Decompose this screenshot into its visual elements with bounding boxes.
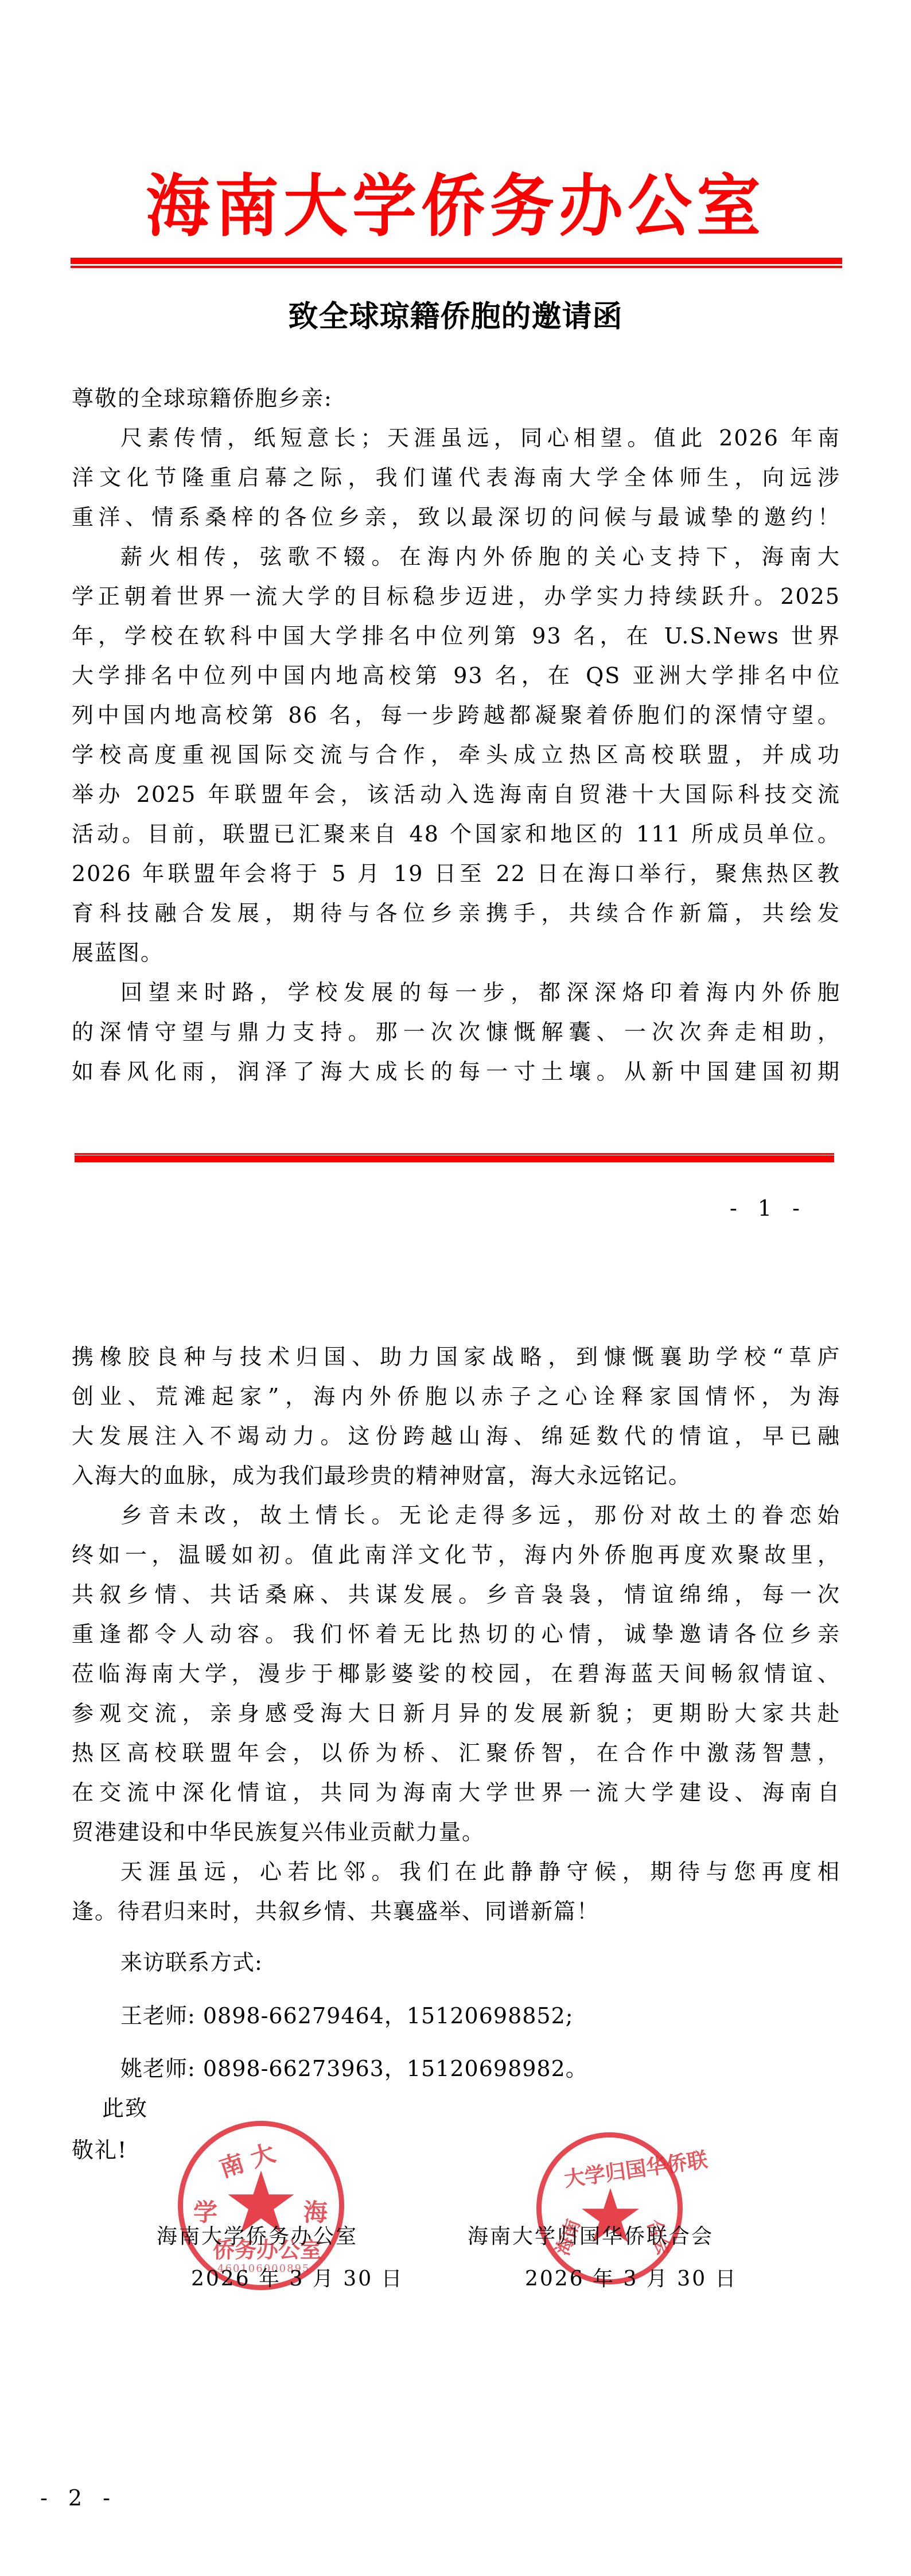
text-line: 莅临海南大学，漫步于椰影婆娑的校园，在碧海蓝天间畅叙情谊、 xyxy=(72,1654,840,1694)
text-line: 入海大的血脉，成为我们最珍贵的精神财富，海大永远铭记。 xyxy=(72,1456,840,1496)
letterhead-rule-thin xyxy=(71,266,842,268)
text-line: 年，学校在软科中国大学排名中位列第 93 名，在 U.S.News 世界 xyxy=(72,616,840,656)
salutation: 尊敬的全球琼籍侨胞乡亲: xyxy=(72,379,840,418)
text-line: 乡音未改，故土情长。无论走得多远，那份对故土的眷恋始 xyxy=(72,1496,840,1535)
closing-line-1: 此致 xyxy=(102,2090,148,2122)
page2-body: 携橡胶良种与技术归国、助力国家战略，到慷慨襄助学校“草庐 创业、荒滩起家”，海内… xyxy=(72,1337,840,1931)
page1-body: 尺素传情，纸短意长；天涯虽远，同心相望。值此 2026 年南 洋文化节隆重启幕之… xyxy=(72,418,840,1092)
text-line: 大发展注入不竭动力。这份跨越山海、绵延数代的情谊，早已融 xyxy=(72,1417,840,1456)
footer-rule-thin xyxy=(75,1153,834,1155)
document-title: 致全球琼籍侨胞的邀请函 xyxy=(0,300,911,334)
signature-org-2: 海南大学归国华侨联合会 xyxy=(468,2220,714,2249)
closing-line-2: 敬礼! xyxy=(72,2132,127,2164)
text-line: 活动。目前，联盟已汇聚来自 48 个国家和地区的 111 所成员单位。 xyxy=(72,814,840,854)
text-line: 终如一，温暖如初。值此南洋文化节，海内外侨胞再度欢聚故里， xyxy=(72,1535,840,1575)
page-number-2: - 2 - xyxy=(40,2485,117,2511)
text-line: 逢。待君归来时，共叙乡情、共襄盛举、同谱新篇！ xyxy=(72,1892,840,1931)
text-line: 尺素传情，纸短意长；天涯虽远，同心相望。值此 2026 年南 xyxy=(72,418,840,458)
text-line: 参观交流，亲身感受海大日新月异的发展新貌；更期盼大家共赴 xyxy=(72,1694,840,1733)
letterhead-rule-thick xyxy=(71,258,842,264)
text-line: 薪火相传，弦歌不辍。在海内外侨胞的关心支持下，海南大 xyxy=(72,537,840,577)
text-line: 列中国内地高校第 86 名，每一步跨越都凝聚着侨胞们的深情守望。 xyxy=(72,696,840,735)
text-line: 展蓝图。 xyxy=(72,933,840,973)
signature-date-2: 2026 年 3 月 30 日 xyxy=(525,2263,738,2292)
text-line: 如春风化雨，润泽了海大成长的每一寸土壤。从新中国建国初期 xyxy=(72,1052,840,1092)
contact-entry-yao: 姚老师: 0898-66273963，15120698982。 xyxy=(120,2049,588,2089)
footer-rule-thick xyxy=(75,1155,834,1162)
text-line: 学校高度重视国际交流与合作，牵头成立热区高校联盟，并成功 xyxy=(72,735,840,775)
contact-heading: 来访联系方式: xyxy=(120,1943,263,1983)
signature-org-1: 海南大学侨务办公室 xyxy=(157,2220,358,2249)
text-line: 携橡胶良种与技术归国、助力国家战略，到慷慨襄助学校“草庐 xyxy=(72,1337,840,1377)
text-line: 育科技融合发展，期待与各位乡亲携手，共续合作新篇，共绘发 xyxy=(72,894,840,933)
text-line: 在交流中深化情谊，共同为海南大学世界一流大学建设、海南自 xyxy=(72,1773,840,1813)
text-line: 贸港建设和中华民族复兴伟业贡献力量。 xyxy=(72,1813,840,1852)
official-seal-returned-overseas-chinese-federation: 大学归国华侨联 ★ 海南 合会 xyxy=(536,2132,683,2284)
text-line: 天涯虽远，心若比邻。我们在此静静守候，期待与您再度相 xyxy=(72,1852,840,1892)
text-line: 举办 2025 年联盟年会，该活动入选海南自贸港十大国际科技交流 xyxy=(72,775,840,814)
text-line: 热区高校联盟年会，以侨为桥、汇聚侨智，在合作中激荡智慧， xyxy=(72,1733,840,1773)
text-line: 回望来时路，学校发展的每一步，都深深烙印着海内外侨胞 xyxy=(72,973,840,1012)
letterhead-org-name: 海南大学侨务办公室 xyxy=(0,170,911,243)
contact-entry-wang: 王老师: 0898-66279464，15120698852; xyxy=(120,1996,574,2036)
text-line: 洋文化节隆重启幕之际，我们谨代表海南大学全体师生，向远涉 xyxy=(72,458,840,498)
text-line: 创业、荒滩起家”，海内外侨胞以赤子之心诠释家国情怀，为海 xyxy=(72,1377,840,1417)
text-line: 2026 年联盟年会将于 5 月 19 日至 22 日在海口举行，聚焦热区教 xyxy=(72,854,840,894)
text-line: 的深情守望与鼎力支持。那一次次慷慨解囊、一次次奔走相助， xyxy=(72,1012,840,1052)
text-line: 重洋、情系桑梓的各位乡亲，致以最深切的问候与最诚挚的邀约！ xyxy=(72,498,840,537)
signature-date-1: 2026 年 3 月 30 日 xyxy=(191,2263,404,2292)
text-line: 共叙乡情、共话桑麻、共谋发展。乡音袅袅，情谊绵绵，每一次 xyxy=(72,1575,840,1615)
text-line: 学正朝着世界一流大学的目标稳步迈进，办学实力持续跃升。2025 xyxy=(72,577,840,616)
text-line: 重逢都令人动容。我们怀着无比热切的心情，诚挚邀请各位乡亲 xyxy=(72,1615,840,1654)
page-number-1: - 1 - xyxy=(730,1196,807,1221)
text-line: 大学排名中位列中国内地高校第 93 名，在 QS 亚洲大学排名中位 xyxy=(72,656,840,696)
salutation-text: 尊敬的全球琼籍侨胞乡亲: xyxy=(72,379,840,418)
